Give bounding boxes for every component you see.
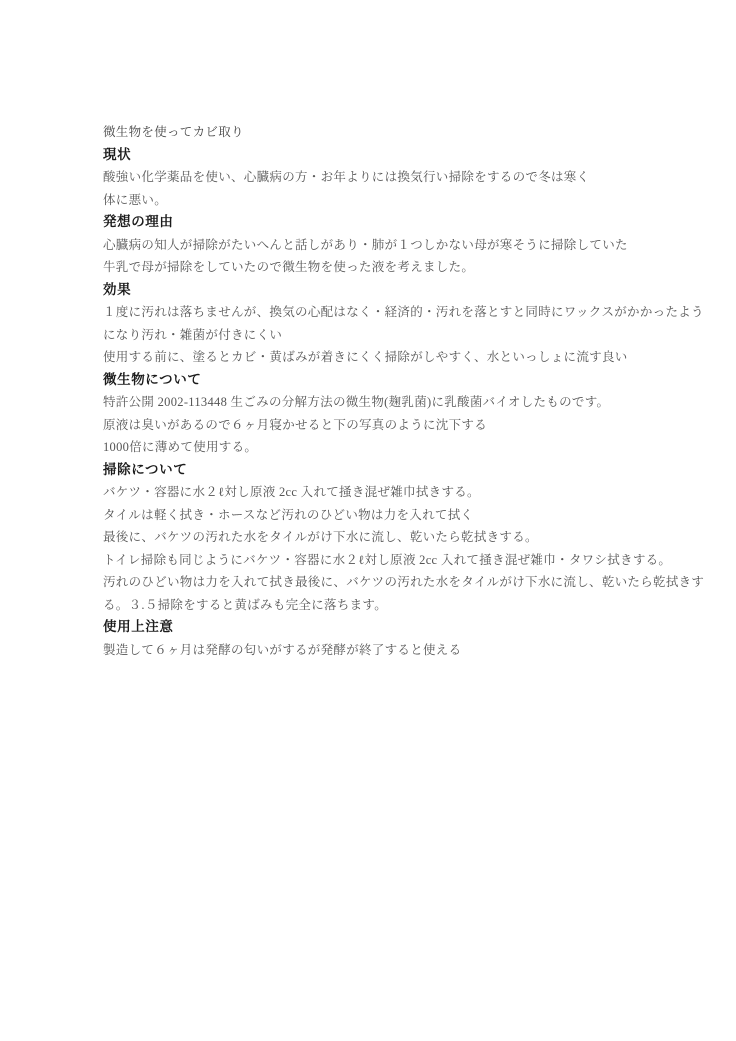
section-heading-about-microbes: 微生物について	[103, 369, 696, 392]
body-line: 牛乳で母が掃除をしていたので微生物を使った液を考えました。	[103, 256, 696, 279]
body-line: になり汚れ・雑菌が付きにくい	[103, 324, 696, 347]
body-line: る。３.５掃除をすると黄ばみも完全に落ちます。	[103, 594, 696, 617]
body-line: 体に悪い。	[103, 189, 696, 212]
body-line: 製造して６ヶ月は発酵の匂いがするが発酵が終了すると使える	[103, 639, 696, 662]
body-line: 1000倍に薄めて使用する。	[103, 436, 696, 459]
body-line: 最後に、バケツの汚れた水をタイルがけ下水に流し、乾いたら乾拭きする。	[103, 526, 696, 549]
body-line: バケツ・容器に水２ℓ対し原液 2cc 入れて掻き混ぜ雑巾拭きする。	[103, 481, 696, 504]
section-heading-effect: 効果	[103, 279, 696, 302]
body-line: 特許公開 2002-113448 生ごみの分解方法の微生物(麹乳菌)に乳酸菌バイ…	[103, 391, 696, 414]
body-line: 汚れのひどい物は力を入れて拭き最後に、バケツの汚れた水をタイルがけ下水に流し、乾…	[103, 571, 696, 594]
body-line: 酸強い化学薬品を使い、心臓病の方・お年よりには換気行い掃除をするので冬は寒く	[103, 166, 696, 189]
document-page: 微生物を使ってカビ取り 現状 酸強い化学薬品を使い、心臓病の方・お年よりには換気…	[0, 0, 736, 1041]
section-heading-about-cleaning: 掃除について	[103, 459, 696, 482]
body-line: 原液は臭いがあるので６ヶ月寝かせると下の写真のように沈下する	[103, 414, 696, 437]
body-line: １度に汚れは落ちませんが、換気の心配はなく・経済的・汚れを落とすと同時にワックス…	[103, 301, 696, 324]
section-heading-idea-reason: 発想の理由	[103, 211, 696, 234]
section-heading-current-status: 現状	[103, 144, 696, 167]
section-heading-usage-note: 使用上注意	[103, 616, 696, 639]
body-line: 心臓病の知人が掃除がたいへんと話しがあり・肺が１つしかない母が寒そうに掃除してい…	[103, 234, 696, 257]
document-title: 微生物を使ってカビ取り	[103, 121, 696, 144]
body-line: 使用する前に、塗るとカビ・黄ばみが着きにくく掃除がしやすく、水といっしょに流す良…	[103, 346, 696, 369]
body-line: タイルは軽く拭き・ホースなど汚れのひどい物は力を入れて拭く	[103, 504, 696, 527]
body-line: トイレ掃除も同じようにバケツ・容器に水２ℓ対し原液 2cc 入れて掻き混ぜ雑巾・…	[103, 549, 696, 572]
